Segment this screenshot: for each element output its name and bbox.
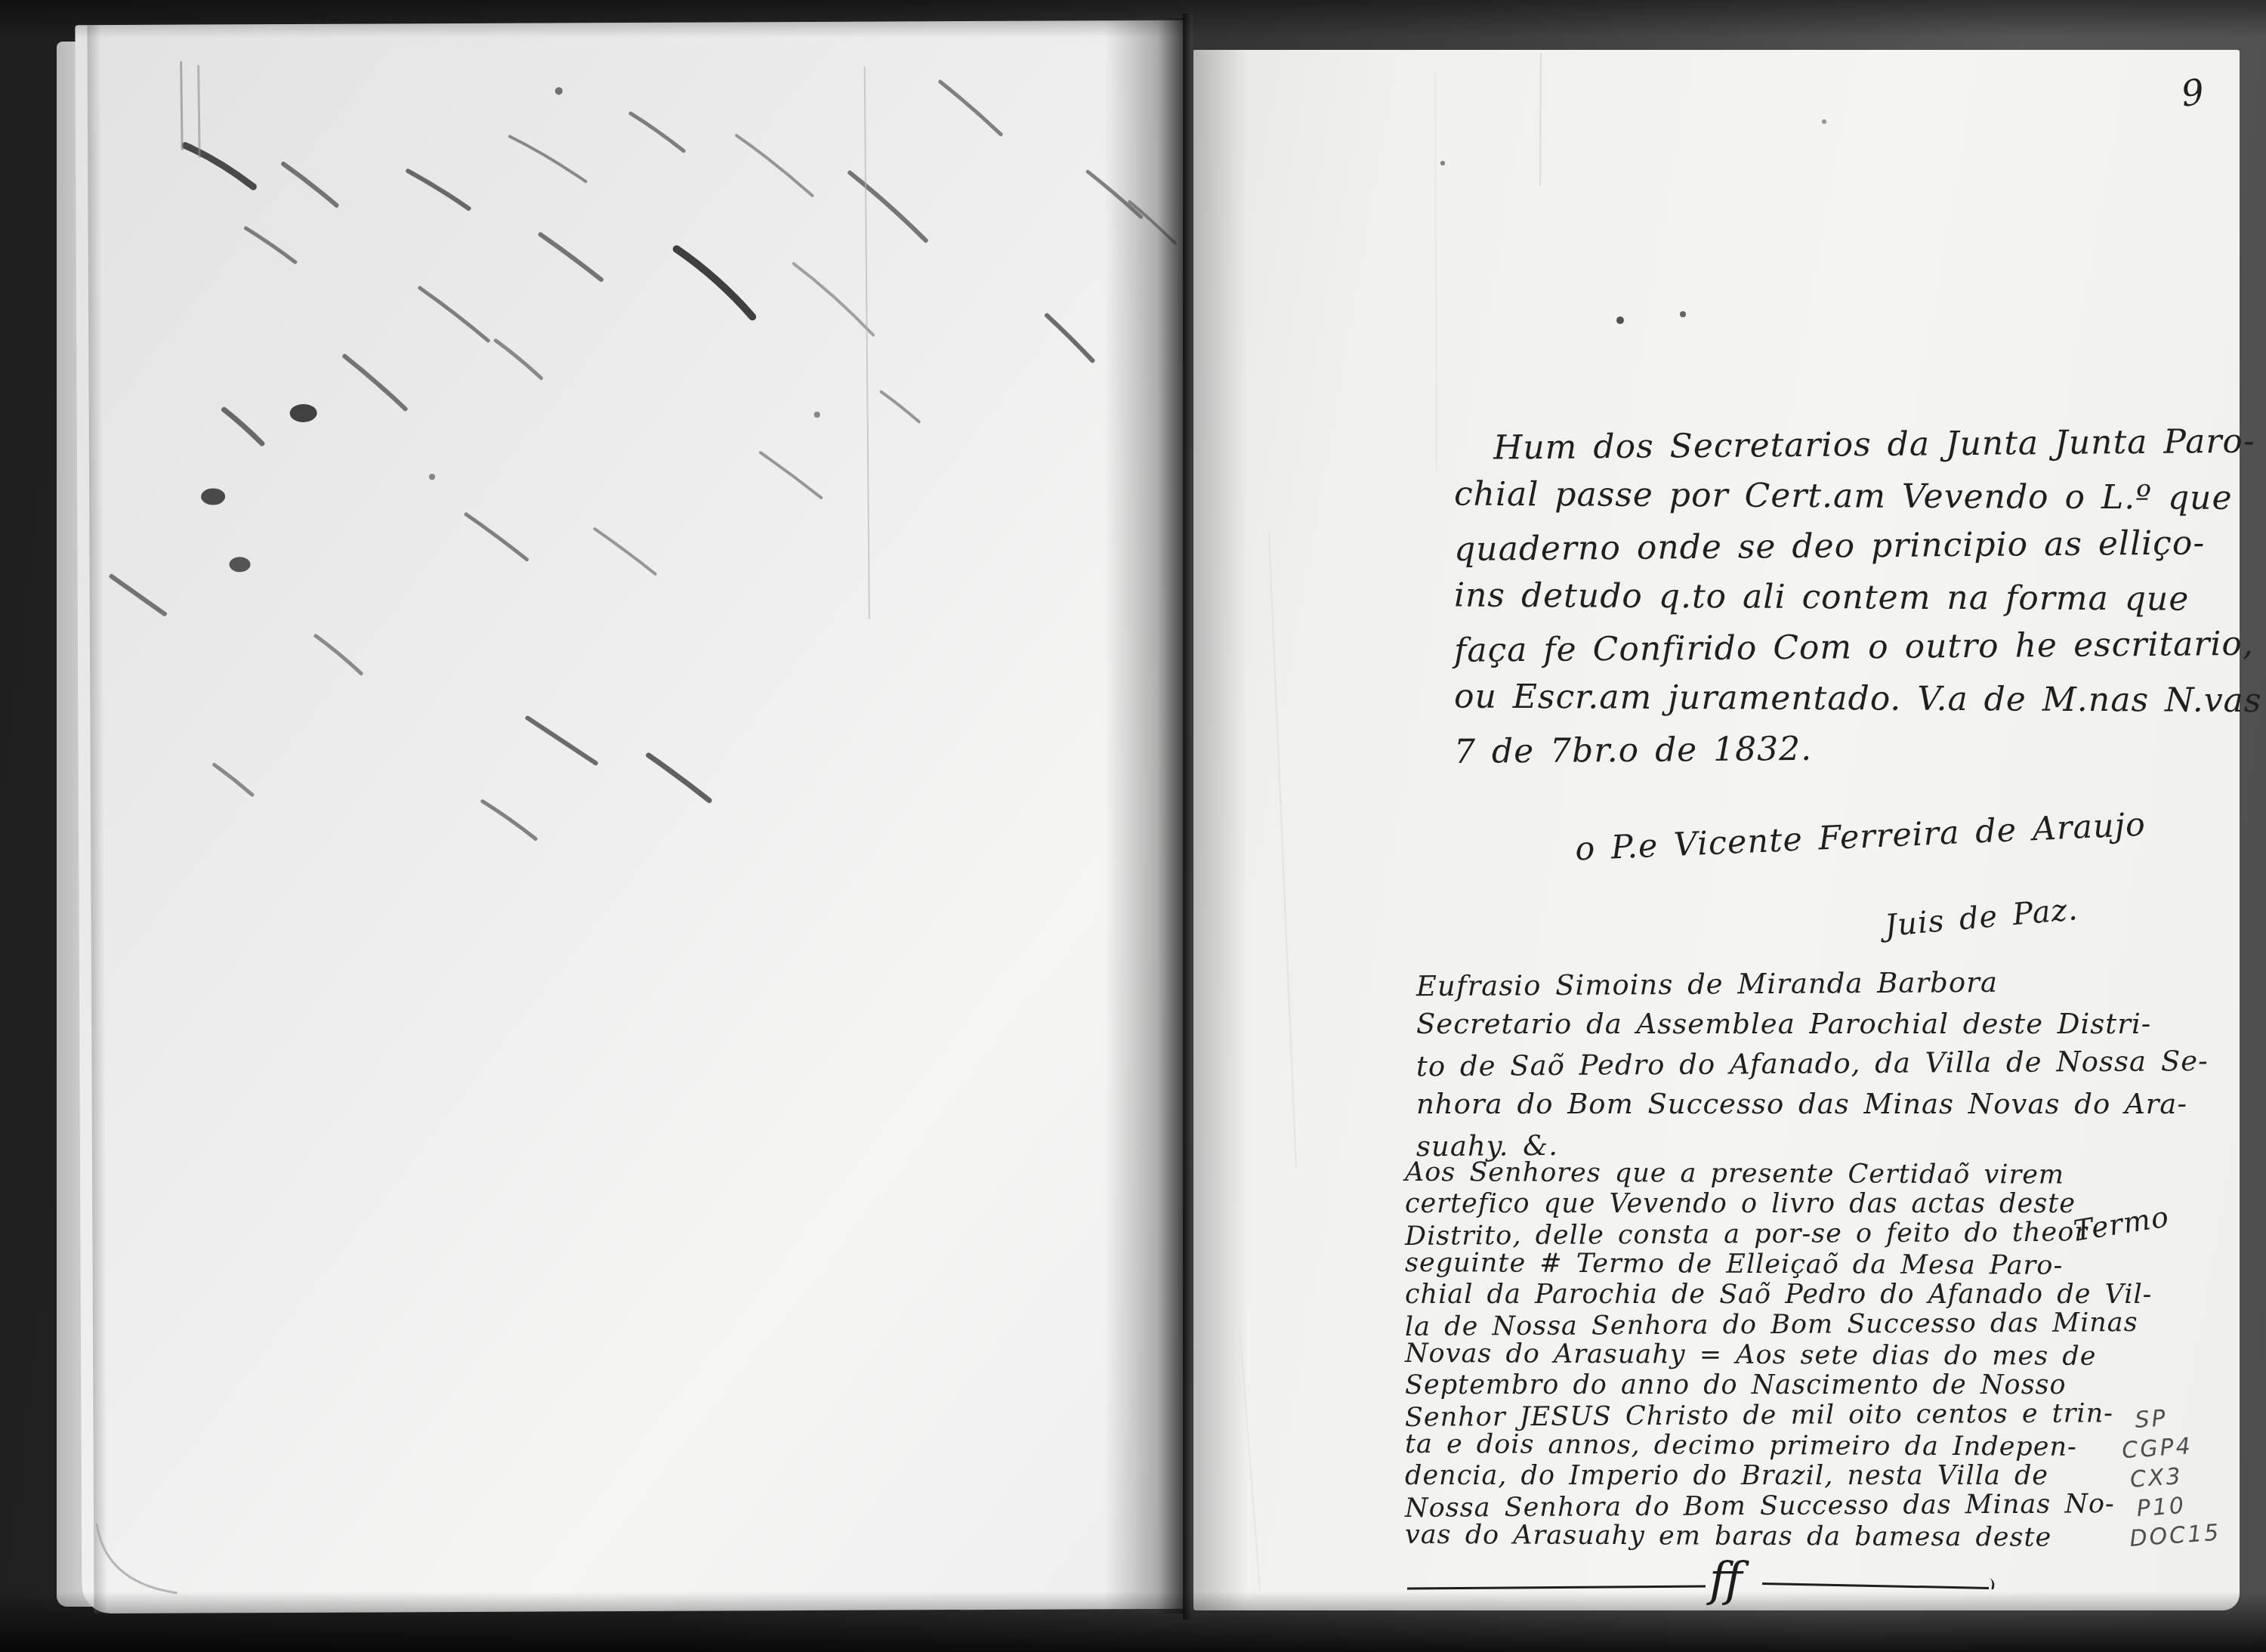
manuscript-line: ins detudo q.to ali contem na forma que [1454,570,2141,625]
manuscript-line: la de Nossa Senhora do Bom Successo das … [1405,1308,2122,1342]
manuscript-line: Distrito, delle consta a por-se o feito … [1405,1217,2122,1252]
rule-segment [1407,1586,1706,1590]
manuscript-line: seguinte # Termo de Elleiçaõ da Mesa Par… [1405,1248,2122,1281]
manuscript-line: Septembro do anno do Nascimento de Nosso [1405,1370,2122,1400]
secretary-intro: Eufrasio Simoins de Miranda Barbora Secr… [1416,964,2126,1164]
manuscript-line: ou Escr.am juramentado. V.a de M.nas N.v… [1454,672,2141,726]
manuscript-line: chial passe por Cert.am Vevendo o L.º qu… [1454,469,2141,523]
manuscript-line: to de Saõ Pedro do Afanado, da Villa de … [1416,1042,2126,1087]
certificate-note: Hum dos Secretarios da Junta Junta Paro-… [1454,420,2141,774]
manuscript-line: Secretario da Assemblea Parochial deste … [1416,1004,2126,1044]
manuscript-line: chial da Parochia de Saõ Pedro do Afanad… [1405,1280,2122,1310]
archival-call-marks: SP CGP4 CX3 P10 DOC15 [2119,1400,2221,1554]
left-page [75,20,1190,1613]
manuscript-line: Nossa Senhora do Bom Successo das Minas … [1405,1489,2122,1524]
ink-bleed-marks [75,20,1190,1613]
closing-flourish-rule: ff [1407,1562,2083,1607]
manuscript-line: Aos Senhores que a presente Certidaõ vir… [1405,1157,2122,1190]
manuscript-line: faça fe Confirido Com o outro he escrita… [1454,619,2142,676]
manuscript-line: Senhor JESUS Christo de mil oito centos … [1405,1398,2122,1433]
termo-body: Aos Senhores que a presente Certidaõ vir… [1405,1159,2122,1552]
manuscript-line: certefico que Vevendo o livro das actas … [1405,1189,2122,1219]
manuscript-line: nhora do Bom Successo das Minas Novas do… [1416,1084,2126,1124]
rule-segment [1762,1583,1989,1589]
manuscript-line: vas do Arasuahy em baras da bamesa deste [1405,1520,2122,1553]
manuscript-line: quaderno onde se deo principio as elliço… [1454,518,2142,575]
gutter-fold-line [1183,14,1193,1620]
manuscript-line: dencia, do Imperio do Brazil, nesta Vill… [1405,1461,2122,1491]
manuscript-line: Eufrasio Simoins de Miranda Barbora [1416,962,2126,1007]
flourish-mark: ff [1709,1552,1743,1607]
manuscript-line: Hum dos Secretarios da Junta Junta Paro- [1454,417,2142,474]
folio-number: 9 [2179,71,2207,115]
manuscript-line: 7 de 7br.o de 1832. [1454,721,2142,777]
manuscript-line: Novas do Arasuahy = Aos sete dias do mes… [1405,1339,2122,1372]
gutter-fold-shadow [1104,18,1186,1613]
right-page: 9 Hum dos Secretarios da Junta Junta Par… [1193,50,2240,1610]
manuscript-line: ta e dois annos, decimo primeiro da Inde… [1405,1429,2122,1462]
